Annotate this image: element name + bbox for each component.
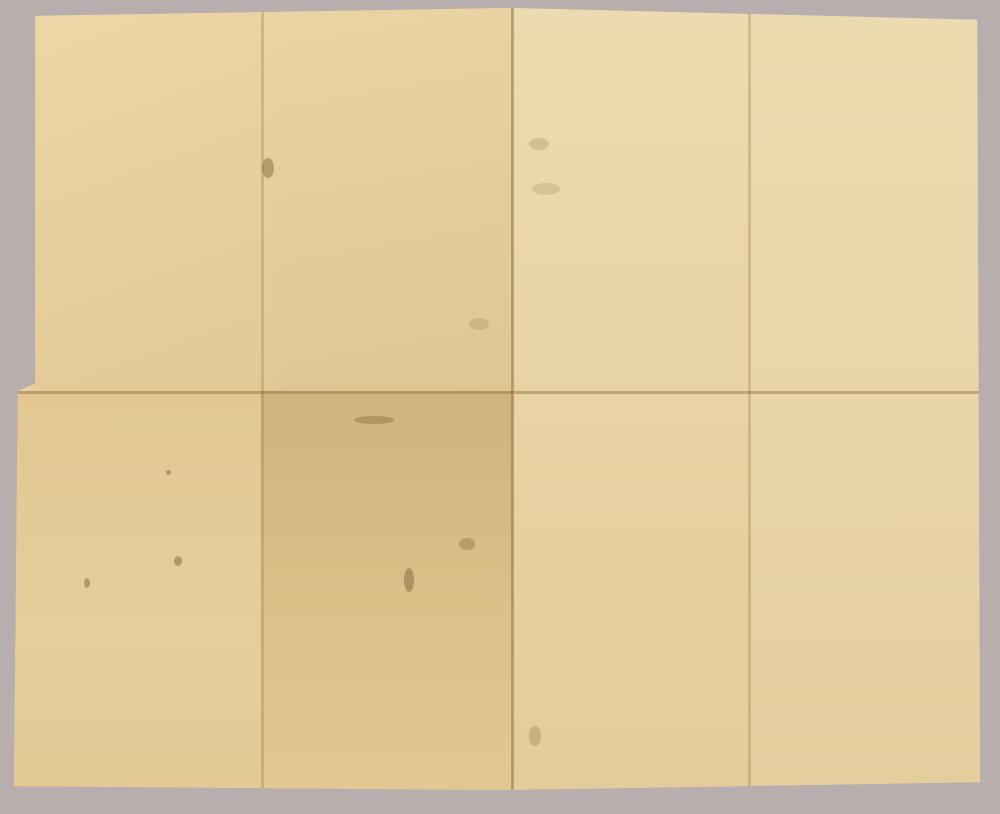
stain-mark [404,568,414,592]
stain-mark [532,183,560,195]
stain-mark [166,470,171,475]
paper-panel-top-left-inner [275,8,512,391]
stain-mark [469,318,489,330]
folded-paper-sheet [14,8,982,790]
stain-mark [84,578,90,588]
fold-line-center [511,8,514,790]
stain-mark [174,556,182,566]
fold-line-left [261,8,264,790]
stain-mark [262,158,274,178]
paper-panel-top-left-outer [33,8,275,391]
fold-line-horizontal [14,391,982,394]
stain-mark [529,726,541,746]
stain-mark [459,538,475,550]
faint-ink-mark [354,416,394,424]
fold-line-right [748,8,751,790]
paper-panel-bottom-left-inner [261,391,513,790]
paper-panel-right-outer [750,8,982,790]
stain-mark [529,138,549,150]
paper-panel-bottom-left-outer [14,391,261,790]
paper-panel-right-inner [513,8,750,790]
